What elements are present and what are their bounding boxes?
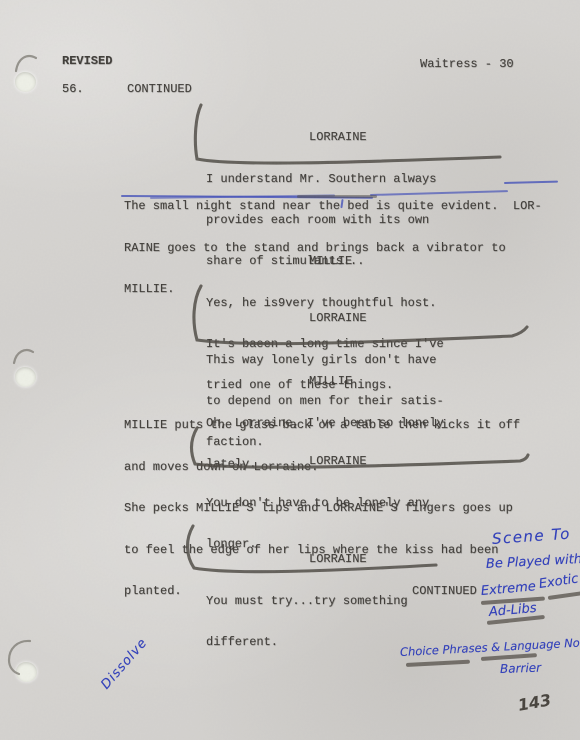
scene-number: 56. [62,83,84,97]
action-line: She pecks MILLIE'S lips and LORRAINE'S f… [124,502,568,516]
handwritten-diagonal-scribble: Dissolve [98,635,150,692]
page-header: Waitress - 30 [420,58,514,72]
dialogue-line: different. [206,636,408,650]
pencil-underline-choice-phrases [406,660,470,667]
hole-crescent-shadow-middle [14,350,33,363]
character-name: LORRAINE [206,455,429,469]
revised-label: REVISED [62,55,112,69]
character-name: LORRAINE [206,312,444,326]
hole-punch-middle [15,367,36,387]
overtype-smudge [297,195,377,198]
dialogue-line: You must try...try something [206,595,408,609]
action-line: The small night stand near the bed is qu… [124,200,568,214]
handwritten-note-barrier: Barrier [500,661,542,676]
character-name: MILLIE [206,375,444,389]
character-name: LORRAINE [206,553,408,567]
continued-bottom-label: CONTINUED [412,585,477,599]
continued-top-label: CONTINUED [127,83,192,97]
pencil-page-mark: 143 [516,690,552,715]
character-name: LORRAINE [206,131,436,145]
hole-punch-bottom [16,662,37,682]
hole-crescent-shadow-top [16,56,36,71]
character-name: MILLIE [206,255,444,269]
dialogue-block-lorraine-4: LORRAINE You must try...try something di… [206,526,408,663]
hole-punch-top [15,72,36,92]
